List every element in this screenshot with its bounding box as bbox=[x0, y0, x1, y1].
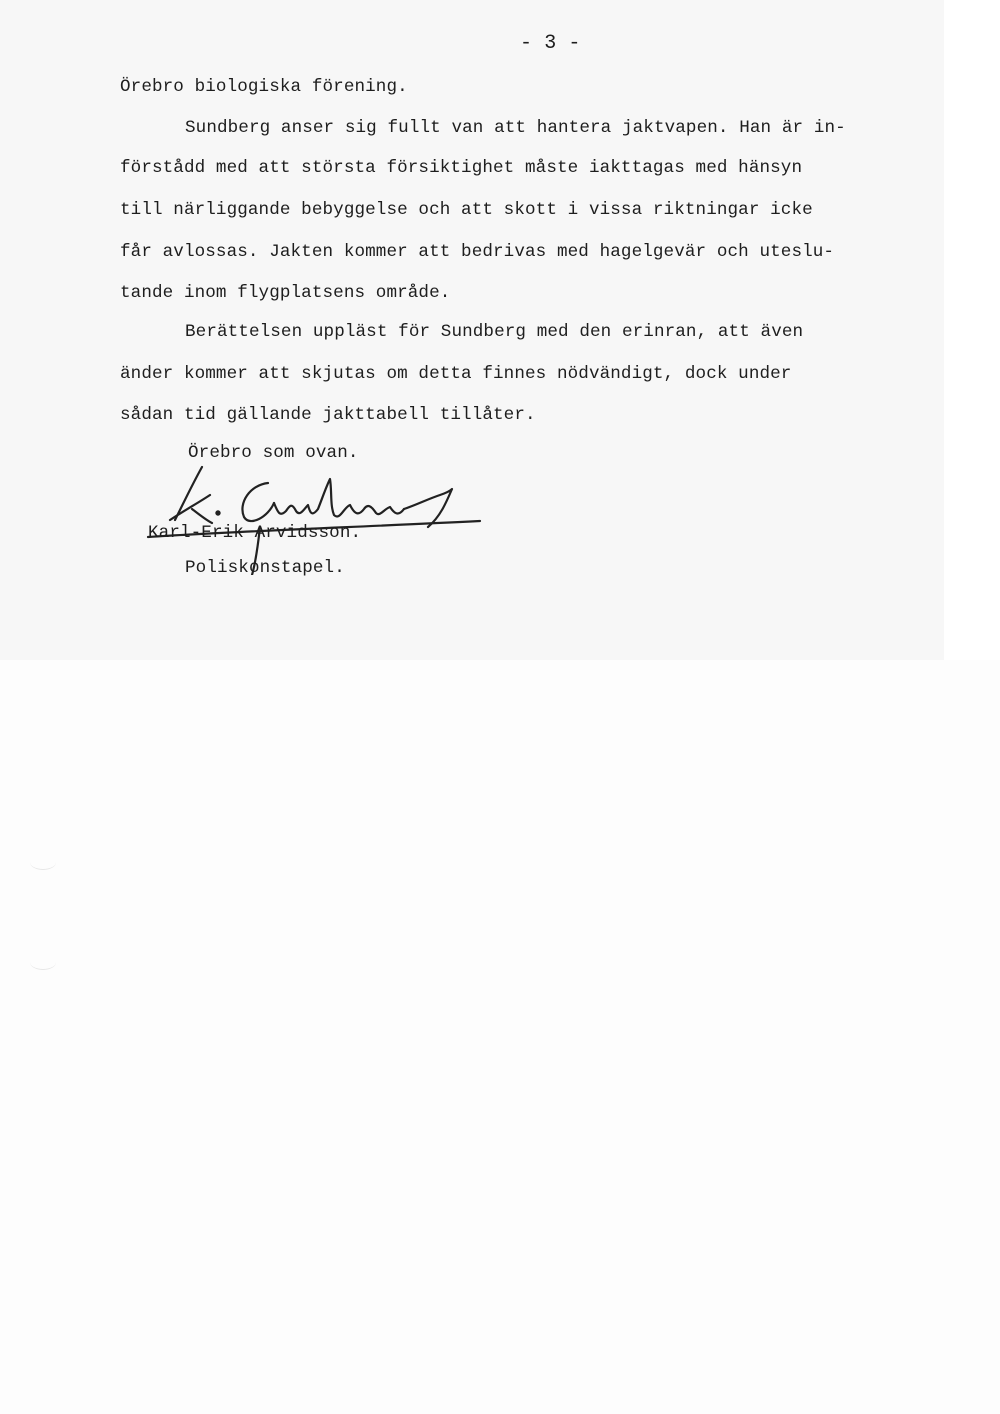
paragraph-2-line-2: änder kommer att skjutas om detta finnes… bbox=[120, 364, 791, 384]
paragraph-1-line-4: får avlossas. Jakten kommer att bedrivas… bbox=[120, 242, 834, 262]
paper-edge bbox=[944, 0, 1000, 660]
signatory-title: Poliskonstapel. bbox=[185, 558, 345, 578]
paragraph-1-line-5: tande inom flygplatsens område. bbox=[120, 283, 450, 303]
page-number: - 3 - bbox=[520, 32, 581, 55]
paragraph-1-line-2: förstådd med att största försiktighet må… bbox=[120, 158, 802, 178]
document-page: - 3 - Örebro biologiska förening. Sundbe… bbox=[0, 0, 1000, 1414]
punch-hole-mark bbox=[30, 955, 56, 970]
text-line-1: Örebro biologiska förening. bbox=[120, 77, 408, 97]
paragraph-2-line-1: Berättelsen uppläst för Sundberg med den… bbox=[185, 322, 803, 342]
signatory-name: Karl-Erik Arvidsson. bbox=[148, 523, 361, 543]
paragraph-1-line-3: till närliggande bebyggelse och att skot… bbox=[120, 200, 813, 220]
place-and-date-line: Örebro som ovan. bbox=[188, 443, 359, 463]
punch-hole-mark bbox=[30, 855, 56, 870]
paragraph-1-line-1: Sundberg anser sig fullt van att hantera… bbox=[185, 118, 846, 138]
paragraph-2-line-3: sådan tid gällande jakttabell tillåter. bbox=[120, 405, 536, 425]
